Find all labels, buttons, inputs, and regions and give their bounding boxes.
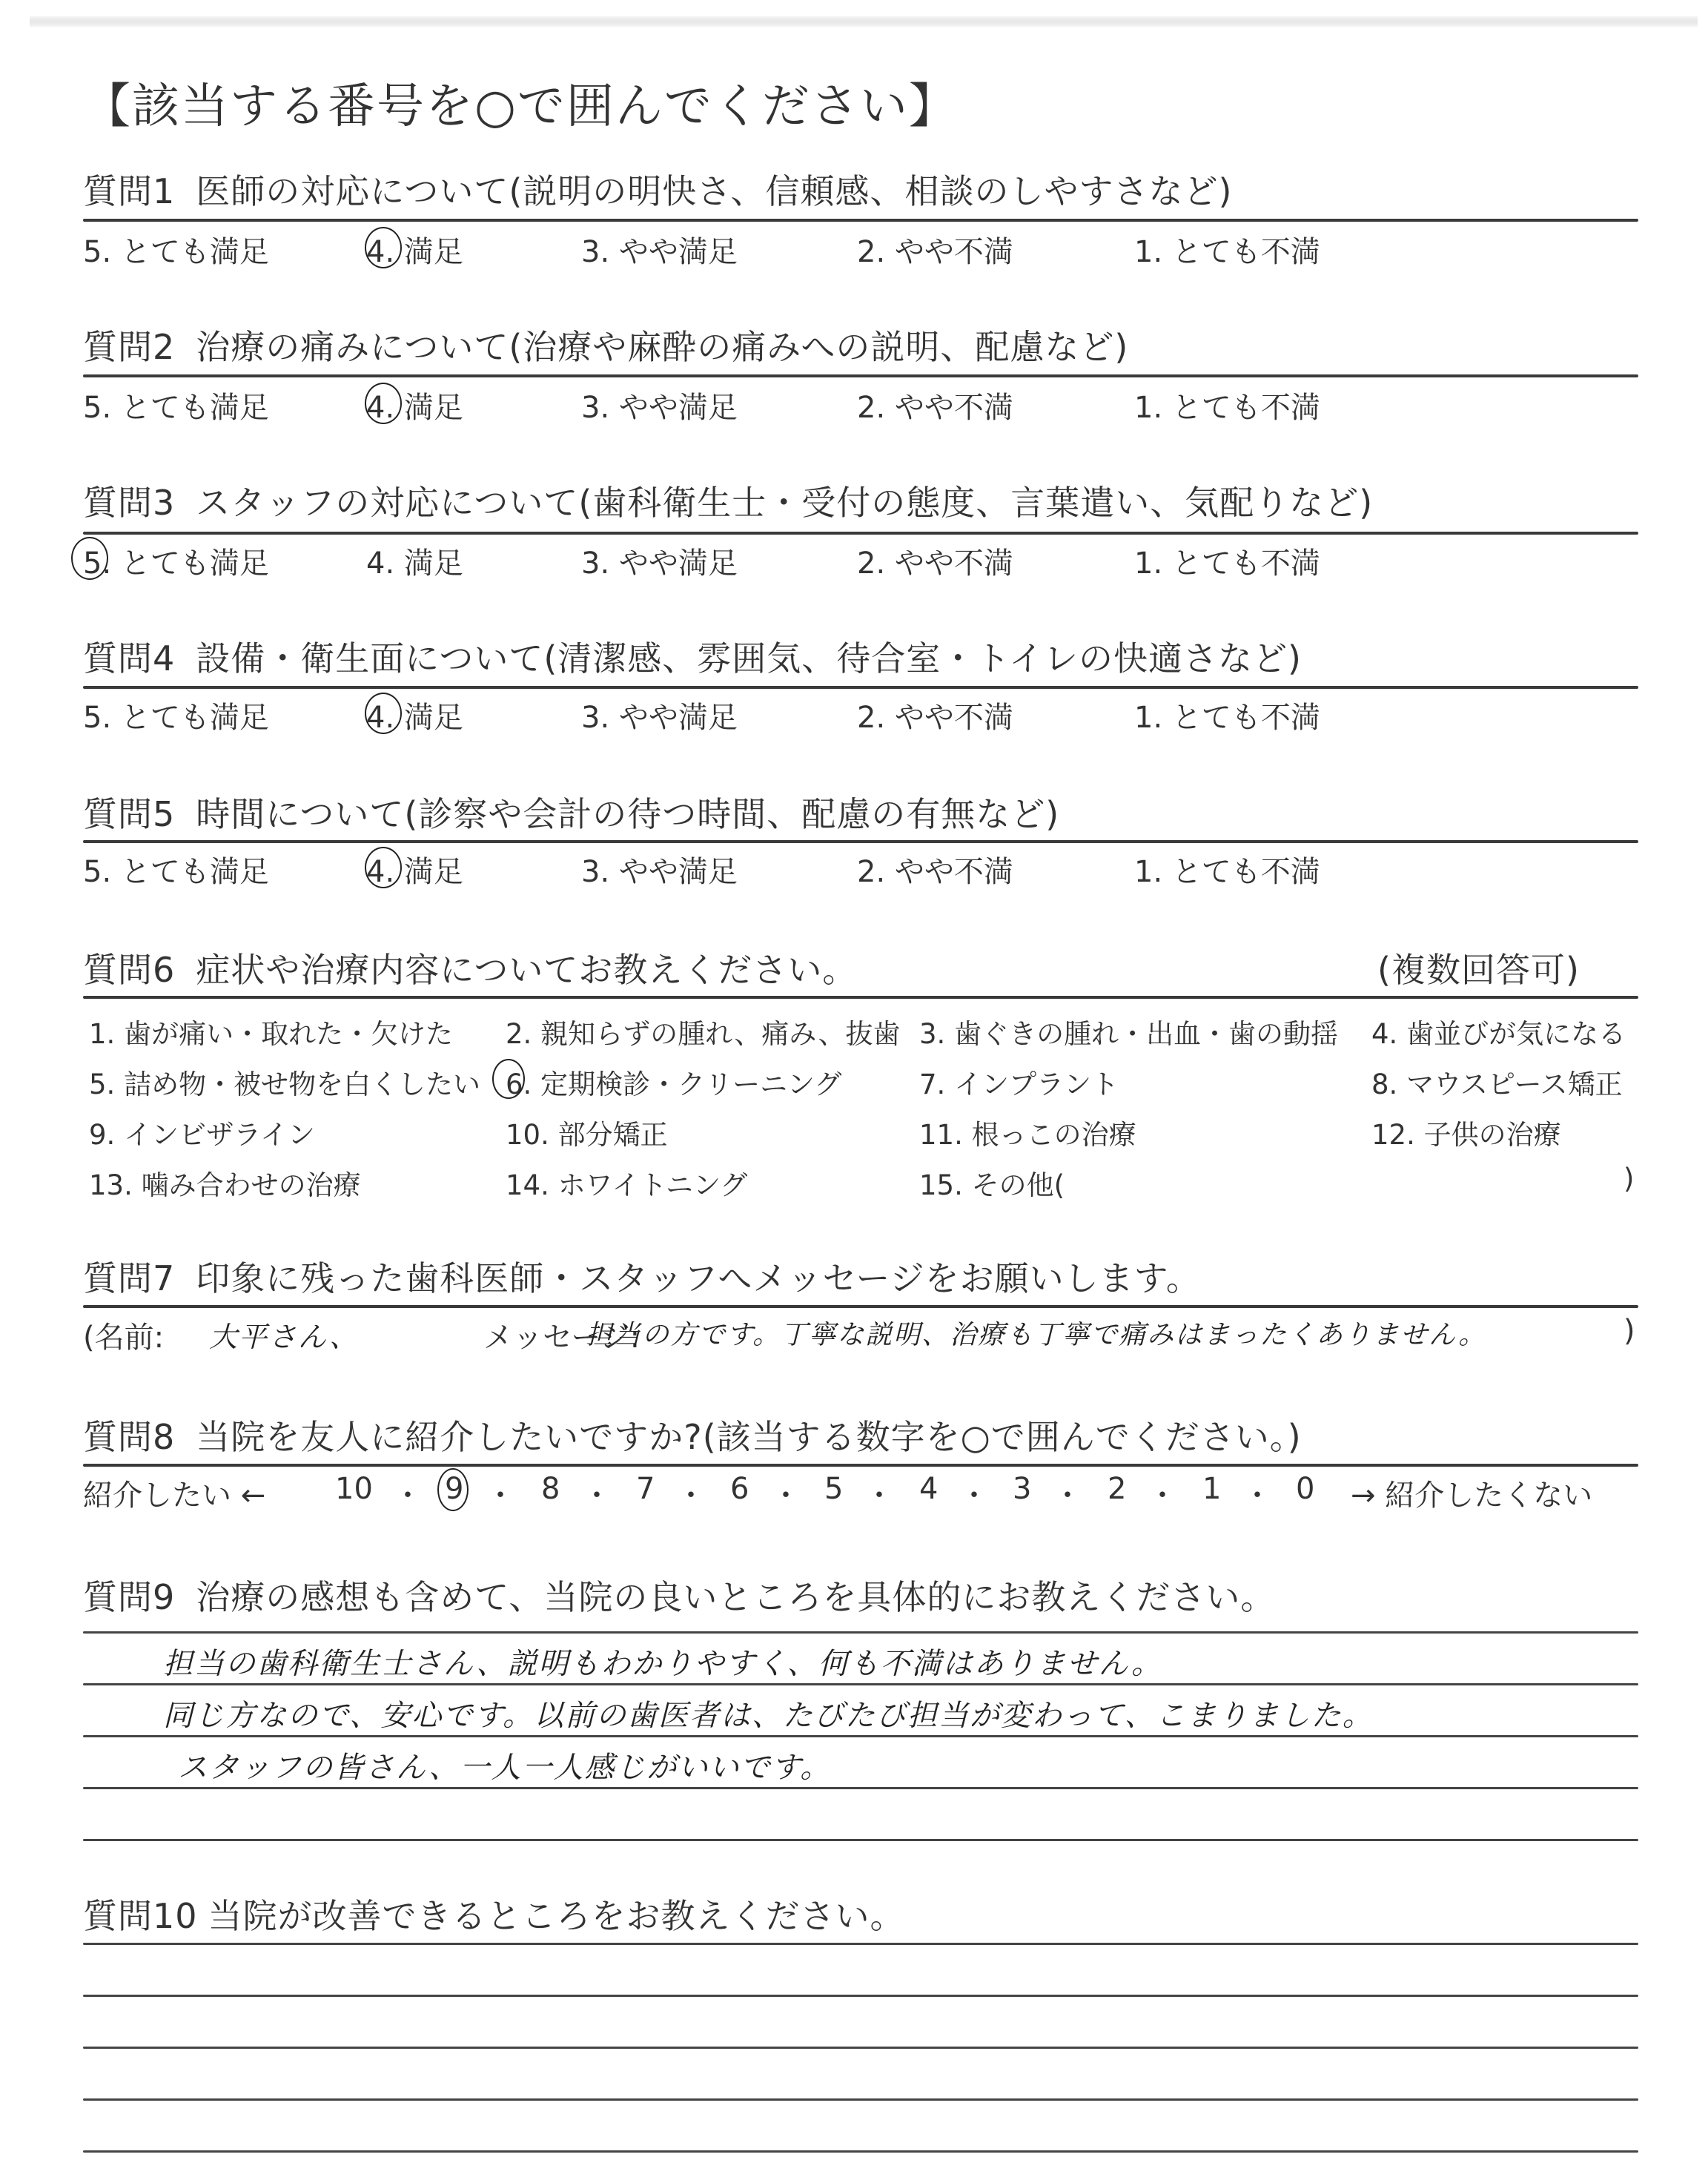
recommend-left-label: 紹介したい ← <box>83 1472 265 1514</box>
checklist-item-6[interactable]: 6. 定期検診・クリーニング <box>506 1062 841 1102</box>
multiple-answers-note: (複数回答可) <box>1377 943 1580 992</box>
answer-line[interactable] <box>83 1995 1638 1997</box>
question-number: 質問10 <box>83 1896 198 1936</box>
recommend-0[interactable]: 0 <box>1296 1472 1314 1506</box>
question-9-heading: 質問9治療の感想も含めて、当院の良いところを具体的にお教えください。 <box>83 1571 1275 1619</box>
question-number: 質問8 <box>83 1417 175 1457</box>
option-5[interactable]: 5. とても満足 <box>83 694 269 736</box>
question-text: 時間について(診察や会計の待つ時間、配慮の有無など) <box>196 794 1059 834</box>
selected-circle-mark <box>365 383 402 424</box>
option-5[interactable]: 5. とても満足 <box>83 228 269 271</box>
selected-circle-mark <box>365 693 402 734</box>
recommend-1[interactable]: 1 <box>1202 1472 1221 1506</box>
option-2[interactable]: 2. やや不満 <box>857 228 1013 271</box>
separator-dot: ・ <box>486 1472 515 1514</box>
answer-line[interactable] <box>83 2047 1638 2049</box>
checklist-item-15[interactable]: 15. その他( <box>919 1163 1065 1203</box>
question-2-heading: 質問2治療の痛みについて(治療や麻酔の痛みへの説明、配慮など) <box>83 320 1128 369</box>
option-5[interactable]: 5. とても満足 <box>83 384 269 426</box>
separator-dot: ・ <box>1242 1472 1272 1514</box>
option-3[interactable]: 3. やや満足 <box>581 848 738 891</box>
separator-dot: ・ <box>1053 1472 1082 1514</box>
divider <box>83 219 1638 222</box>
question-8-heading: 質問8当院を友人に紹介したいですか?(該当する数字を○で囲んでください。) <box>83 1410 1302 1459</box>
question-number: 質問6 <box>83 950 175 990</box>
question-4-heading: 質問4設備・衛生面について(清潔感、雰囲気、待合室・トイレの快適さなど) <box>83 632 1302 681</box>
recommend-right-label: → 紹介したくない <box>1351 1472 1592 1514</box>
question-text: 当院が改善できるところをお教えください。 <box>208 1896 905 1936</box>
recommend-3[interactable]: 3 <box>1013 1472 1031 1506</box>
recommend-10[interactable]: 10 <box>335 1472 373 1506</box>
question-text: 治療の感想も含めて、当院の良いところを具体的にお教えください。 <box>196 1577 1275 1617</box>
selected-circle-mark <box>365 847 402 888</box>
name-handwritten[interactable]: 大平さん、 <box>209 1314 359 1355</box>
option-1[interactable]: 1. とても不満 <box>1134 228 1320 271</box>
question-5-heading: 質問5時間について(診察や会計の待つ時間、配慮の有無など) <box>83 787 1059 836</box>
answer-line[interactable] <box>83 2150 1638 2153</box>
question-number: 質問4 <box>83 638 175 678</box>
message-close-paren: ) <box>1623 1314 1635 1348</box>
option-3[interactable]: 3. やや満足 <box>581 540 738 582</box>
option-2[interactable]: 2. やや不満 <box>857 848 1013 891</box>
message-handwritten[interactable]: 担当の方です。丁寧な説明、治療も丁寧で痛みはまったくありません。 <box>586 1314 1486 1352</box>
separator-dot: ・ <box>864 1472 894 1514</box>
question-1-heading: 質問1医師の対応について(説明の明快さ、信頼感、相談のしやすさなど) <box>83 165 1232 214</box>
answer-text-line-2[interactable]: 同じ方なので、安心です。以前の歯医者は、たびたび担当が変わって、こまりました。 <box>163 1692 1374 1734</box>
scan-edge <box>30 16 1698 27</box>
question-text: スタッフの対応について(歯科衛生士・受付の態度、言葉遣い、気配りなど) <box>196 483 1373 523</box>
checklist-item-14[interactable]: 14. ホワイトニング <box>506 1163 747 1203</box>
question-text: 当院を友人に紹介したいですか?(該当する数字を○で囲んでください。) <box>196 1417 1301 1457</box>
option-1[interactable]: 1. とても不満 <box>1134 694 1320 736</box>
separator-dot: ・ <box>959 1472 989 1514</box>
option-3[interactable]: 3. やや満足 <box>581 384 738 426</box>
question-text: 治療の痛みについて(治療や麻酔の痛みへの説明、配慮など) <box>196 327 1128 367</box>
recommend-5[interactable]: 5 <box>824 1472 843 1506</box>
recommend-7[interactable]: 7 <box>636 1472 655 1506</box>
answer-text-line-1[interactable]: 担当の歯科衛生士さん、説明もわかりやすく、何も不満はありません。 <box>163 1640 1162 1682</box>
checklist-item-7[interactable]: 7. インプラント <box>919 1062 1119 1102</box>
checklist-item-11[interactable]: 11. 根っこの治療 <box>919 1112 1136 1152</box>
selected-circle-mark <box>492 1059 525 1099</box>
question-number: 質問3 <box>83 483 175 523</box>
divider <box>83 1305 1638 1308</box>
option-1[interactable]: 1. とても不満 <box>1134 540 1320 582</box>
question-number: 質問5 <box>83 794 175 834</box>
checklist-item-12[interactable]: 12. 子供の治療 <box>1371 1112 1561 1152</box>
answer-text-line-3[interactable]: スタッフの皆さん、一人一人感じがいいです。 <box>178 1744 831 1786</box>
question-text: 設備・衛生面について(清潔感、雰囲気、待合室・トイレの快適さなど) <box>196 638 1302 678</box>
question-text: 医師の対応について(説明の明快さ、信頼感、相談のしやすさなど) <box>196 171 1232 211</box>
option-4[interactable]: 4. 満足 <box>366 540 463 582</box>
answer-line <box>83 1735 1638 1737</box>
name-label: (名前: <box>83 1314 164 1356</box>
form-instruction-title: 【該当する番号を○で囲んでください】 <box>83 68 958 136</box>
question-number: 質問1 <box>83 171 175 211</box>
selected-circle-mark <box>437 1468 469 1511</box>
option-2[interactable]: 2. やや不満 <box>857 694 1013 736</box>
recommend-2[interactable]: 2 <box>1108 1472 1126 1506</box>
divider <box>83 532 1638 535</box>
separator-dot: ・ <box>582 1472 612 1514</box>
question-text: 症状や治療内容についてお教えください。 <box>196 950 857 990</box>
question-number: 質問9 <box>83 1577 175 1617</box>
question-text: 印象に残った歯科医師・スタッフへメッセージをお願いします。 <box>196 1258 1201 1298</box>
other-close-paren: ) <box>1623 1163 1634 1195</box>
option-3[interactable]: 3. やや満足 <box>581 694 738 736</box>
separator-dot: ・ <box>771 1472 801 1514</box>
answer-line[interactable] <box>83 1943 1638 1945</box>
divider <box>83 840 1638 843</box>
checklist-item-13[interactable]: 13. 噛み合わせの治療 <box>89 1163 361 1203</box>
option-1[interactable]: 1. とても不満 <box>1134 848 1320 891</box>
question-number: 質問7 <box>83 1258 175 1298</box>
selected-circle-mark <box>365 227 402 268</box>
option-1[interactable]: 1. とても不満 <box>1134 384 1320 426</box>
option-2[interactable]: 2. やや不満 <box>857 384 1013 426</box>
option-5[interactable]: 5. とても満足 <box>83 848 269 891</box>
answer-line <box>83 1787 1638 1789</box>
checklist-item-5[interactable]: 5. 詰め物・被せ物を白くしたい <box>89 1062 480 1102</box>
divider <box>83 374 1638 377</box>
checklist-item-3[interactable]: 3. 歯ぐきの腫れ・出血・歯の動揺 <box>919 1011 1338 1051</box>
divider <box>83 996 1638 999</box>
divider <box>83 1464 1638 1467</box>
recommend-4[interactable]: 4 <box>919 1472 938 1506</box>
checklist-item-2[interactable]: 2. 親知らずの腫れ、痛み、抜歯 <box>506 1011 901 1051</box>
recommend-6[interactable]: 6 <box>730 1472 749 1506</box>
selected-circle-mark <box>71 537 108 580</box>
question-7-heading: 質問7印象に残った歯科医師・スタッフへメッセージをお願いします。 <box>83 1252 1201 1301</box>
checklist-item-8[interactable]: 8. マウスピース矯正 <box>1371 1062 1623 1102</box>
separator-dot: ・ <box>676 1472 706 1514</box>
separator-dot: ・ <box>1148 1472 1177 1514</box>
question-number: 質問2 <box>83 327 175 367</box>
checklist-item-1[interactable]: 1. 歯が痛い・取れた・欠けた <box>89 1011 453 1051</box>
question-3-heading: 質問3スタッフの対応について(歯科衛生士・受付の態度、言葉遣い、気配りなど) <box>83 476 1373 525</box>
option-2[interactable]: 2. やや不満 <box>857 540 1013 582</box>
option-5[interactable]: 5. とても満足 <box>83 540 269 582</box>
answer-line <box>83 1631 1638 1634</box>
question-10-heading: 質問10当院が改善できるところをお教えください。 <box>83 1889 905 1938</box>
question-6-heading: 質問6症状や治療内容についてお教えください。 <box>83 943 857 992</box>
recommend-8[interactable]: 8 <box>541 1472 560 1506</box>
checklist-item-4[interactable]: 4. 歯並びが気になる <box>1371 1011 1626 1051</box>
answer-line <box>83 1683 1638 1685</box>
checklist-item-9[interactable]: 9. インビザライン <box>89 1112 315 1152</box>
divider <box>83 686 1638 689</box>
separator-dot: ・ <box>393 1472 423 1514</box>
option-3[interactable]: 3. やや満足 <box>581 228 738 271</box>
answer-line[interactable] <box>83 2098 1638 2101</box>
checklist-item-10[interactable]: 10. 部分矯正 <box>506 1112 668 1152</box>
answer-line <box>83 1839 1638 1841</box>
